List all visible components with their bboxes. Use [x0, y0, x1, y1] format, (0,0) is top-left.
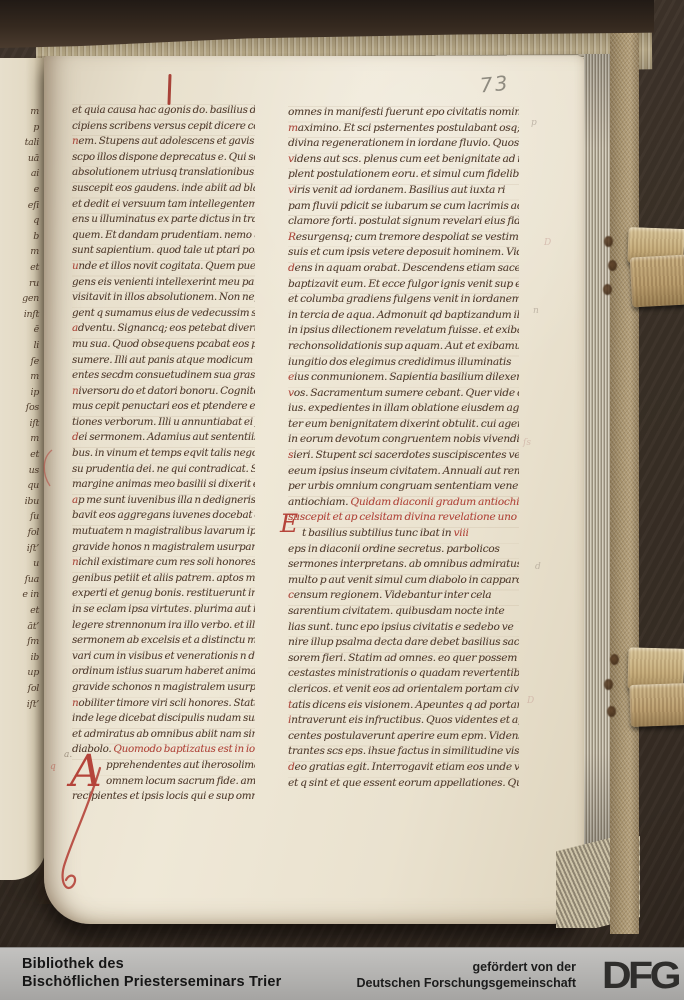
manuscript-line: omnes in manifesti fuerunt epo civitatis…: [288, 106, 519, 122]
cover-fore-edge: [610, 26, 639, 934]
manuscript-line: per urbis omnium congruam sententiam ven…: [288, 480, 519, 496]
marginal-mark: n: [533, 306, 539, 316]
manuscript-line: in ipsius dilectionem revelatum fuisse. …: [288, 324, 519, 340]
drop-cap-e: E: [280, 511, 298, 536]
manuscript-line: tatis dicens eis visionem. Apeuntes q ad…: [288, 699, 519, 715]
manuscript-line: eius conmunionem. Sapientia basilium dil…: [288, 371, 519, 387]
manuscript-line: videns aut scs. plenus cum eet benignita…: [288, 153, 519, 169]
manuscript-line: centes postulaverunt aperire eum epm. Vi…: [288, 730, 519, 746]
dfg-logo: DFG: [582, 954, 678, 997]
manuscript-line: sermones interpretans. ab omnibus admira…: [288, 558, 519, 574]
manuscript-line: mus cepit penuctari eos et ptendere eis …: [72, 400, 255, 416]
manuscript-line: viris venit ad iordanem. Basilius aut iu…: [288, 184, 519, 200]
manuscript-line: clamore forti. postulat signum revelari …: [288, 215, 519, 231]
manuscript-line: sunt sapientium. quod tale ut ptari poss…: [72, 244, 255, 260]
clasp-strap-upper-piece2: [630, 255, 684, 308]
manuscript-line: suis et cum ipsis vetere deposuit homine…: [288, 246, 519, 262]
manuscript-line: sorem fieri. Statim ad omnes. eo quer po…: [288, 652, 519, 668]
marginal-mark: q: [50, 762, 56, 772]
manuscript-line: et admiratus ab omnibus abiit nam simul …: [72, 728, 255, 744]
manuscript-line: clericos. et venit eos ad orientalem por…: [288, 683, 519, 699]
manuscript-line: Resurgensq; cum tremore despoliat se ves…: [288, 231, 519, 247]
manuscript-line: suscepit eos gaudens. inde abiit ad blas…: [72, 182, 255, 198]
manuscript-line: vari cum in visibus et venerationis n di…: [72, 650, 255, 666]
fore-edge-leaves: [584, 54, 611, 848]
manuscript-line: et q sint et que essent eorum appellatio…: [288, 777, 519, 793]
manuscript-line: et quia causa hac agonis do. basilius de…: [72, 104, 255, 120]
manuscript-line: sumere. Illi aut panis atque modicum pci…: [72, 354, 255, 370]
manuscript-line: cestastes ministrationis o quadam revert…: [288, 667, 519, 683]
manuscript-line: suscepit et ap celsitam divina revelatio…: [288, 511, 519, 527]
manuscript-line: nichil existimare cum res soli honores. …: [72, 556, 255, 572]
footer-bar: Bibliothek des Bischöflichen Priestersem…: [0, 947, 684, 1000]
manuscript-line: divina regenerationem in iordane fluvio.…: [288, 137, 519, 153]
manuscript-line: gravide honos n magistralem usurpare dig…: [72, 541, 255, 557]
manuscript-line: dei sermonem. Adamius aut sententiis suu…: [72, 431, 255, 447]
manuscript-line: su prudentia dei. ne qui contradicat. S;…: [72, 463, 255, 479]
cover-wear-spot: [610, 654, 619, 665]
library-name-line2: Bischöflichen Priesterseminars Trier: [22, 973, 281, 991]
manuscript-line: gens eis venienti intellexerint meu paru…: [72, 276, 255, 292]
manuscript-line: in eorum devotum congruentem nobis viven…: [288, 433, 519, 449]
manuscript-line: ens u illuminatus ex parte dictus in tra…: [72, 213, 255, 229]
manuscript-line: plent postulationem eoru. et simul cum f…: [288, 168, 519, 184]
manuscript-line: entes secdm consuetudinem sua gras egeru…: [72, 369, 255, 385]
text-column-right: omnes in manifesti fuerunt epo civitatis…: [288, 106, 519, 792]
manuscript-line: sermonem ab excelsis et a distinctu meri…: [72, 634, 255, 650]
margin-red-squiggle: [38, 448, 58, 488]
manuscript-line: eeum ipsius inseum civitatem. Annuali au…: [288, 465, 519, 481]
manuscript-line: in se eclam ipsa virtutes. plurima aut i…: [72, 603, 255, 619]
library-name: Bibliothek des Bischöflichen Priestersem…: [22, 955, 281, 991]
manuscript-line: in tercia de aqua. Admonuit qd baptizand…: [288, 309, 519, 325]
manuscript-line: sarentium civitatem. quibusdam nocte int…: [288, 605, 519, 621]
cover-wear-spot: [608, 260, 617, 271]
manuscript-line: tiones verborum. Illi u annuntiabat ei f…: [72, 416, 255, 432]
drop-cap-a-flourish: [48, 756, 158, 906]
manuscript-line: lias sunt. tunc epo ipsius civitatis e s…: [288, 621, 519, 637]
manuscript-line: ap me sunt iuvenibus illa n dedigneris. …: [72, 494, 255, 510]
manuscript-line: unde et illos novit cogitata. Quem puer.…: [72, 260, 255, 276]
manuscript-line: baptizavit eum. Et ecce fulgor ignis ven…: [288, 278, 519, 294]
cover-wear-spot: [604, 236, 613, 247]
manuscript-line: eps in diaconii ordine secretus. parboli…: [288, 543, 519, 559]
manuscript-line: legere strennonum ira illo verbo. et ill…: [72, 619, 255, 635]
manuscript-line: rechonsolidationis sup aquam. Aut et exi…: [288, 340, 519, 356]
cover-wear-spot: [603, 284, 612, 295]
manuscript-line: nobiliter timore viri scli honores. Stat…: [72, 697, 255, 713]
manuscript-line: mu sua. Quod obsequens pcabat eos ptioso…: [72, 338, 255, 354]
manuscript-line: ter eum benignitatem dixerint obtulit. c…: [288, 418, 519, 434]
manuscript-line: deo gratias egit. Interrogavit etiam eos…: [288, 761, 519, 777]
manuscript-line: maximino. Et sci psternentes postulabant…: [288, 122, 519, 138]
manuscript-line: vos. Sacramentum sumere cebant. Quer vid…: [288, 387, 519, 403]
marginal-mark: ſs: [523, 438, 531, 448]
manuscript-line: intraverunt eis infructibus. Quos vident…: [288, 714, 519, 730]
cover-wear-spot: [604, 679, 613, 690]
funding-line1: gefördert von der: [357, 959, 577, 975]
cover-wear-spot: [607, 706, 616, 717]
manuscript-line: nire illup psalma decta dare debet basil…: [288, 636, 519, 652]
manuscript-line: ordinum istius suarum haberet animarum i…: [72, 665, 255, 681]
manuscript-line: ius. expedientes in illam oblatione eius…: [288, 402, 519, 418]
library-name-line1: Bibliothek des: [22, 955, 281, 973]
red-initial-i-stroke: [167, 74, 171, 105]
manuscript-line: cipiens scribens versus cepit dicere cop…: [72, 120, 255, 136]
manuscript-page: 73 et quia causa hac agonis do. basilius…: [44, 56, 586, 924]
marginal-mark: D: [544, 238, 551, 248]
manuscript-line: absolutionem utriusq translationibus. Pu…: [72, 166, 255, 182]
folio-number: 73: [479, 71, 511, 98]
marginal-mark: d: [535, 562, 541, 572]
manuscript-line: bavit eos aggregans iuvenes docebat eos …: [72, 509, 255, 525]
manuscript-line: sieri. Stupent sci sacerdotes suscipisce…: [288, 449, 519, 465]
manuscript-line: trantes scs eps. ihsue factus in similit…: [288, 745, 519, 761]
manuscript-line: nem. Stupens aut adolescens et gavisus d…: [72, 135, 255, 151]
manuscript-line: margine animas meo basilii si dixerit et…: [72, 478, 255, 494]
manuscript-line: t basilius subtilius tunc ibat in viii: [288, 527, 519, 543]
manuscript-line: experti et genug bonis. restituerunt in …: [72, 587, 255, 603]
manuscript-line: et columba gradiens fulgens venit in ior…: [288, 293, 519, 309]
manuscript-line: quem. Et dandam prudentiam. nemo qui iur…: [72, 229, 255, 245]
manuscript-line: visitavit in illos absolutionem. Non neg…: [72, 291, 255, 307]
manuscript-line: mutuatem n magistralibus lavarum ipsoru …: [72, 525, 255, 541]
manuscript-line: inde lege dicebat discipulis nudam susta…: [72, 712, 255, 728]
manuscript-line: dens in aquam orabat. Descendens etiam s…: [288, 262, 519, 278]
funding-line2: Deutschen Forschungsgemeinschaft: [357, 975, 577, 991]
clasp-strap-lower-piece2: [629, 683, 684, 727]
manuscript-line: multo p aut venit simul cum diabolo in c…: [288, 574, 519, 590]
manuscript-line: gent q sumamus eius de vedecussim stabil…: [72, 307, 255, 323]
manuscript-line: iungitio dos elegimus credidimus illumin…: [288, 356, 519, 372]
manuscript-line: niversoru do et datori bonoru. Cognito q…: [72, 385, 255, 401]
digitized-manuscript-photo: mptaliuāaieeſiqbmetrugeninſtēliſemipſosi…: [0, 0, 684, 1000]
marginal-mark: a.: [64, 750, 72, 760]
manuscript-line: censum regionem. Videbantur inter cela: [288, 589, 519, 605]
manuscript-line: pam fluvii pdicit se iubarum se cum lacr…: [288, 200, 519, 216]
manuscript-line: et dedit ei versuum tam intellegentem. S…: [72, 198, 255, 214]
manuscript-line: antiochiam. Quidam diaconii gradum antio…: [288, 496, 519, 512]
manuscript-line: scpo illos dispone deprecatus e. Qui scr…: [72, 151, 255, 167]
funding-credit: gefördert von der Deutschen Forschungsge…: [357, 959, 577, 991]
manuscript-line: genibus petiit et aliis patrem. aptos mo…: [72, 572, 255, 588]
manuscript-line: adventu. Signancq; eos petebat diverti i…: [72, 322, 255, 338]
marginal-mark: p: [531, 118, 537, 128]
manuscript-line: gravide schonos n magistralem usurpare d…: [72, 681, 255, 697]
marginal-mark: D: [527, 696, 534, 706]
text-column-left: et quia causa hac agonis do. basilius de…: [72, 104, 255, 806]
manuscript-line: bus. in vinum et temps eqvit talis negot…: [72, 447, 255, 463]
